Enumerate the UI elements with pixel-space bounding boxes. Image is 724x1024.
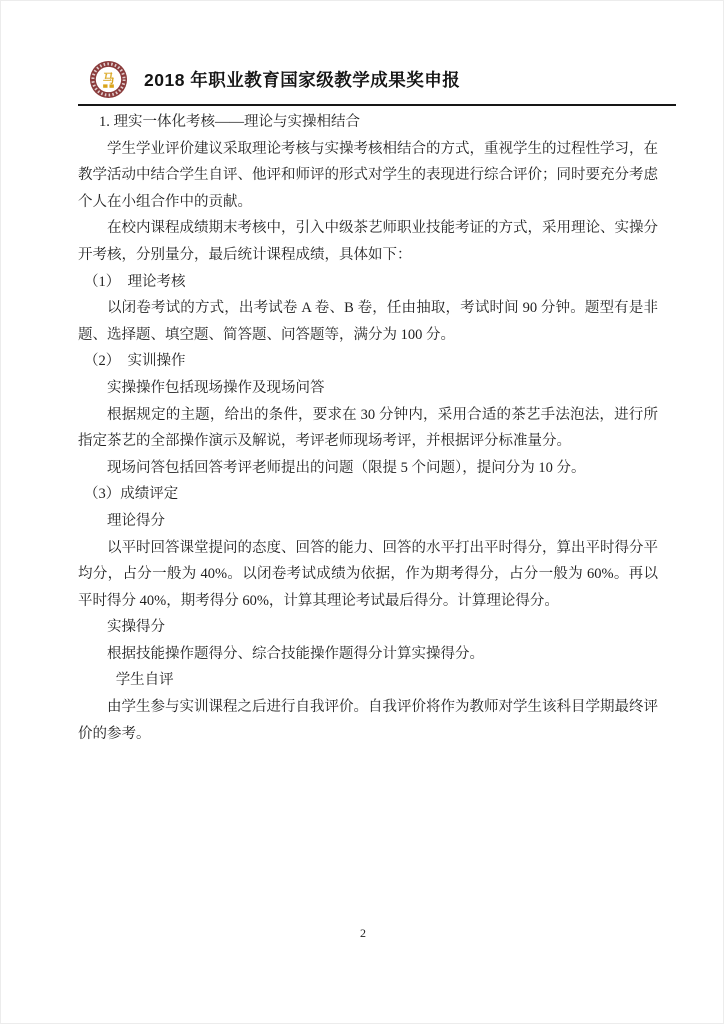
paragraph: 以平时回答课堂提问的态度、回答的能力、回答的水平打出平时得分，算出平时得分平均分…: [78, 535, 658, 615]
paragraph: 实操操作包括现场操作及现场问答: [78, 375, 658, 402]
paragraph: 以闭卷考试的方式，出考试卷 A 卷、B 卷，任由抽取，考试时间 90 分钟。题型…: [78, 295, 658, 348]
paragraph: 根据规定的主题，给出的条件，要求在 30 分钟内，采用合适的茶艺手法泡法，进行所…: [78, 402, 658, 455]
document-page: 马 2018 年职业教育国家级教学成果奖申报 1. 理实一体化考核——理论与实操…: [0, 0, 724, 1024]
subheading-practice: 实操得分: [78, 614, 658, 641]
paragraph: 根据技能操作题得分、综合技能操作题得分计算实操得分。: [78, 641, 658, 668]
header-divider: [78, 104, 676, 106]
subheading-self-eval: 学生自评: [78, 667, 658, 694]
page-header: 马 2018 年职业教育国家级教学成果奖申报: [89, 58, 460, 100]
paragraph: 在校内课程成绩期末考核中，引入中级茶艺师职业技能考证的方式，采用理论、实操分开考…: [78, 215, 658, 268]
document-body: 1. 理实一体化考核——理论与实操相结合 学生学业评价建议采取理论考核与实操考核…: [78, 109, 658, 747]
list-item-3: （3）成绩评定: [78, 481, 658, 508]
subheading-theory: 理论得分: [78, 508, 658, 535]
document-title: 2018 年职业教育国家级教学成果奖申报: [144, 67, 460, 92]
paragraph: 学生学业评价建议采取理论考核与实操考核相结合的方式，重视学生的过程性学习，在教学…: [78, 136, 658, 216]
paragraph: 由学生参与实训课程之后进行自我评价。自我评价将作为教师对学生该科目学期最终评价的…: [78, 694, 658, 747]
svg-text:马: 马: [103, 71, 115, 85]
section-heading: 1. 理实一体化考核——理论与实操相结合: [78, 109, 658, 136]
paragraph: 现场问答包括回答考评老师提出的问题（限提 5 个问题），提问分为 10 分。: [78, 455, 658, 482]
page-number: 2: [1, 926, 724, 941]
school-seal-logo-icon: 马: [89, 60, 128, 99]
list-item-1: （1） 理论考核: [78, 269, 658, 296]
list-item-2: （2） 实训操作: [78, 348, 658, 375]
